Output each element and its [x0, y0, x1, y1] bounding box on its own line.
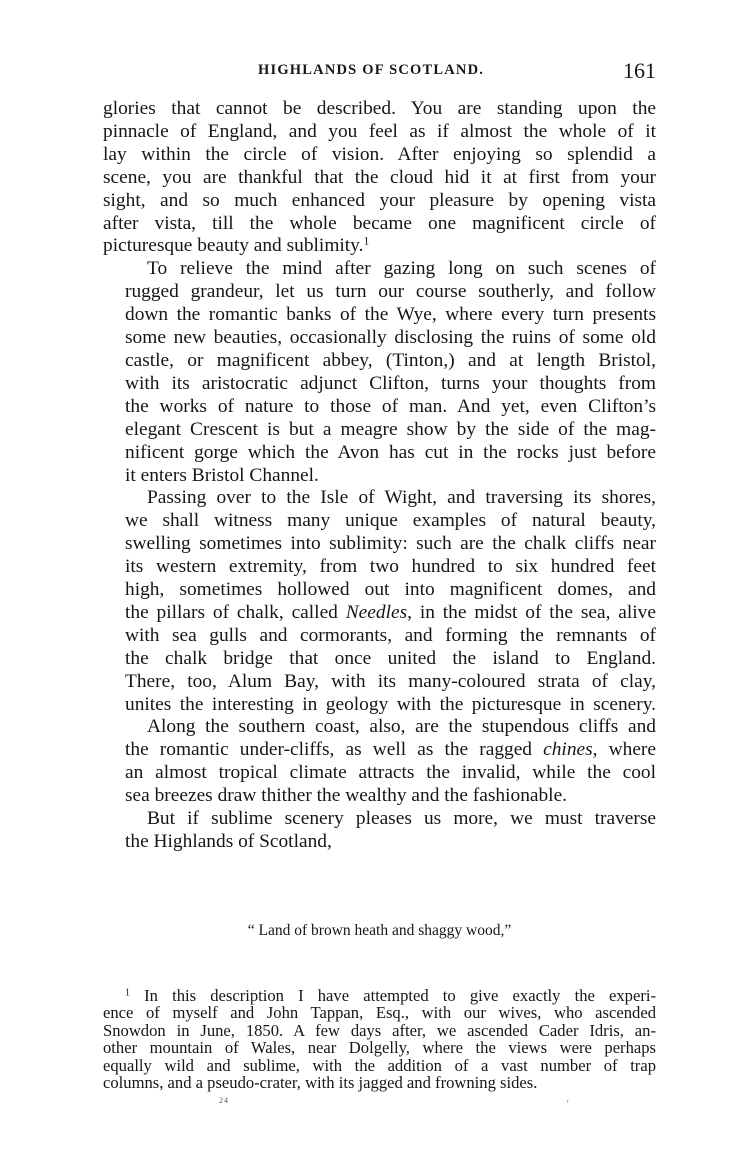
text-line: the Highlands of Scotland, — [103, 831, 656, 854]
text-line: the works of nature to those of man. And… — [103, 396, 656, 419]
text-line: it enters Bristol Channel. — [103, 465, 656, 488]
text-line: some new beauties, occasionally disclosi… — [103, 327, 656, 350]
footnote-marker: 1 — [125, 988, 130, 999]
text-line: nificent gorge which the Avon has cut in… — [103, 442, 656, 465]
book-page: Highlands of Scotland. 161 glories that … — [0, 0, 750, 1150]
text-line: scene, you are thankful that the cloud h… — [103, 167, 656, 190]
text-line: the chalk bridge that once united the is… — [103, 648, 656, 671]
text-line: But if sublime scenery pleases us more, … — [103, 808, 656, 831]
verse-quote: “ Land of brown heath and shaggy wood,” — [103, 922, 656, 940]
running-head: Highlands of Scotland. 161 — [103, 58, 656, 84]
printer-mark: ʳ — [567, 1097, 569, 1107]
footnote-line: columns, and a pseudo-crater, with its j… — [103, 1074, 656, 1091]
text-line: lay within the circle of vision. After e… — [103, 144, 656, 167]
footnote-line: Snowdon in June, 1850. A few days after,… — [103, 1022, 656, 1039]
text-line: we shall witness many unique examples of… — [103, 510, 656, 533]
italic-term: chines — [543, 739, 593, 760]
text-fragment: the pillars of chalk, called — [125, 602, 338, 623]
text-line: with sea gulls and cormorants, and formi… — [103, 625, 656, 648]
paragraph-3: Passing over to the Isle of Wight, and t… — [103, 487, 656, 716]
footnote-ref[interactable]: 1 — [363, 235, 369, 248]
text-line: glories that cannot be described. You ar… — [103, 98, 656, 121]
text-fragment: In this description I have attempted to … — [144, 986, 656, 1005]
text-line: after vista, till the whole became one m… — [103, 213, 656, 236]
printer-signature-mark: 24 — [219, 1096, 229, 1105]
text-line: sea breezes draw thither the wealthy and… — [103, 785, 656, 808]
text-line: down the romantic banks of the Wye, wher… — [103, 304, 656, 327]
text-line: picturesque beauty and sublimity.1 — [103, 235, 656, 258]
text-line: castle, or magnificent abbey, (Tinton,) … — [103, 350, 656, 373]
text-fragment: the romantic under-cliffs, as well as th… — [125, 739, 532, 760]
footnote-line: equally wild and sublime, with the addit… — [103, 1057, 656, 1074]
text-fragment: , where — [593, 739, 656, 760]
text-line: elegant Crescent is but a meagre show by… — [103, 419, 656, 442]
page-number: 161 — [623, 58, 656, 84]
footnote: 1 In this description I have attempted t… — [103, 987, 656, 1091]
running-title: Highlands of Scotland. — [258, 62, 484, 79]
body-text: glories that cannot be described. You ar… — [103, 98, 656, 854]
text-line: unites the interesting in geology with t… — [103, 694, 656, 717]
paragraph-2: To relieve the mind after gazing long on… — [103, 258, 656, 487]
text-fragment: picturesque beauty and sublimity. — [103, 235, 363, 256]
footnote-line: ence of myself and John Tappan, Esq., wi… — [103, 1004, 656, 1021]
text-line: rugged grandeur, let us turn our course … — [103, 281, 656, 304]
text-line: swelling sometimes into sublimity: such … — [103, 533, 656, 556]
text-line: the romantic under-cliffs, as well as th… — [103, 739, 656, 762]
text-line: There, too, Alum Bay, with its many-colo… — [103, 671, 656, 694]
text-line: To relieve the mind after gazing long on… — [103, 258, 656, 281]
text-line: an almost tropical climate attracts the … — [103, 762, 656, 785]
text-line: sight, and so much enhanced your pleasur… — [103, 190, 656, 213]
text-line: high, sometimes hollowed out into magnif… — [103, 579, 656, 602]
text-fragment: , in the midst of the sea, alive — [407, 602, 656, 623]
footnote-line: other mountain of Wales, near Dolgelly, … — [103, 1039, 656, 1056]
paragraph-4: Along the southern coast, also, are the … — [103, 716, 656, 808]
italic-term: Needles — [346, 602, 407, 623]
text-line: Passing over to the Isle of Wight, and t… — [103, 487, 656, 510]
text-line: Along the southern coast, also, are the … — [103, 716, 656, 739]
text-line: with its aristocratic adjunct Clifton, t… — [103, 373, 656, 396]
text-line: pinnacle of England, and you feel as if … — [103, 121, 656, 144]
text-line: the pillars of chalk, called Needles, in… — [103, 602, 656, 625]
footnote-line: 1 In this description I have attempted t… — [103, 987, 656, 1004]
text-line: its western extremity, from two hundred … — [103, 556, 656, 579]
paragraph-5: But if sublime scenery pleases us more, … — [103, 808, 656, 854]
paragraph-1: glories that cannot be described. You ar… — [103, 98, 656, 258]
